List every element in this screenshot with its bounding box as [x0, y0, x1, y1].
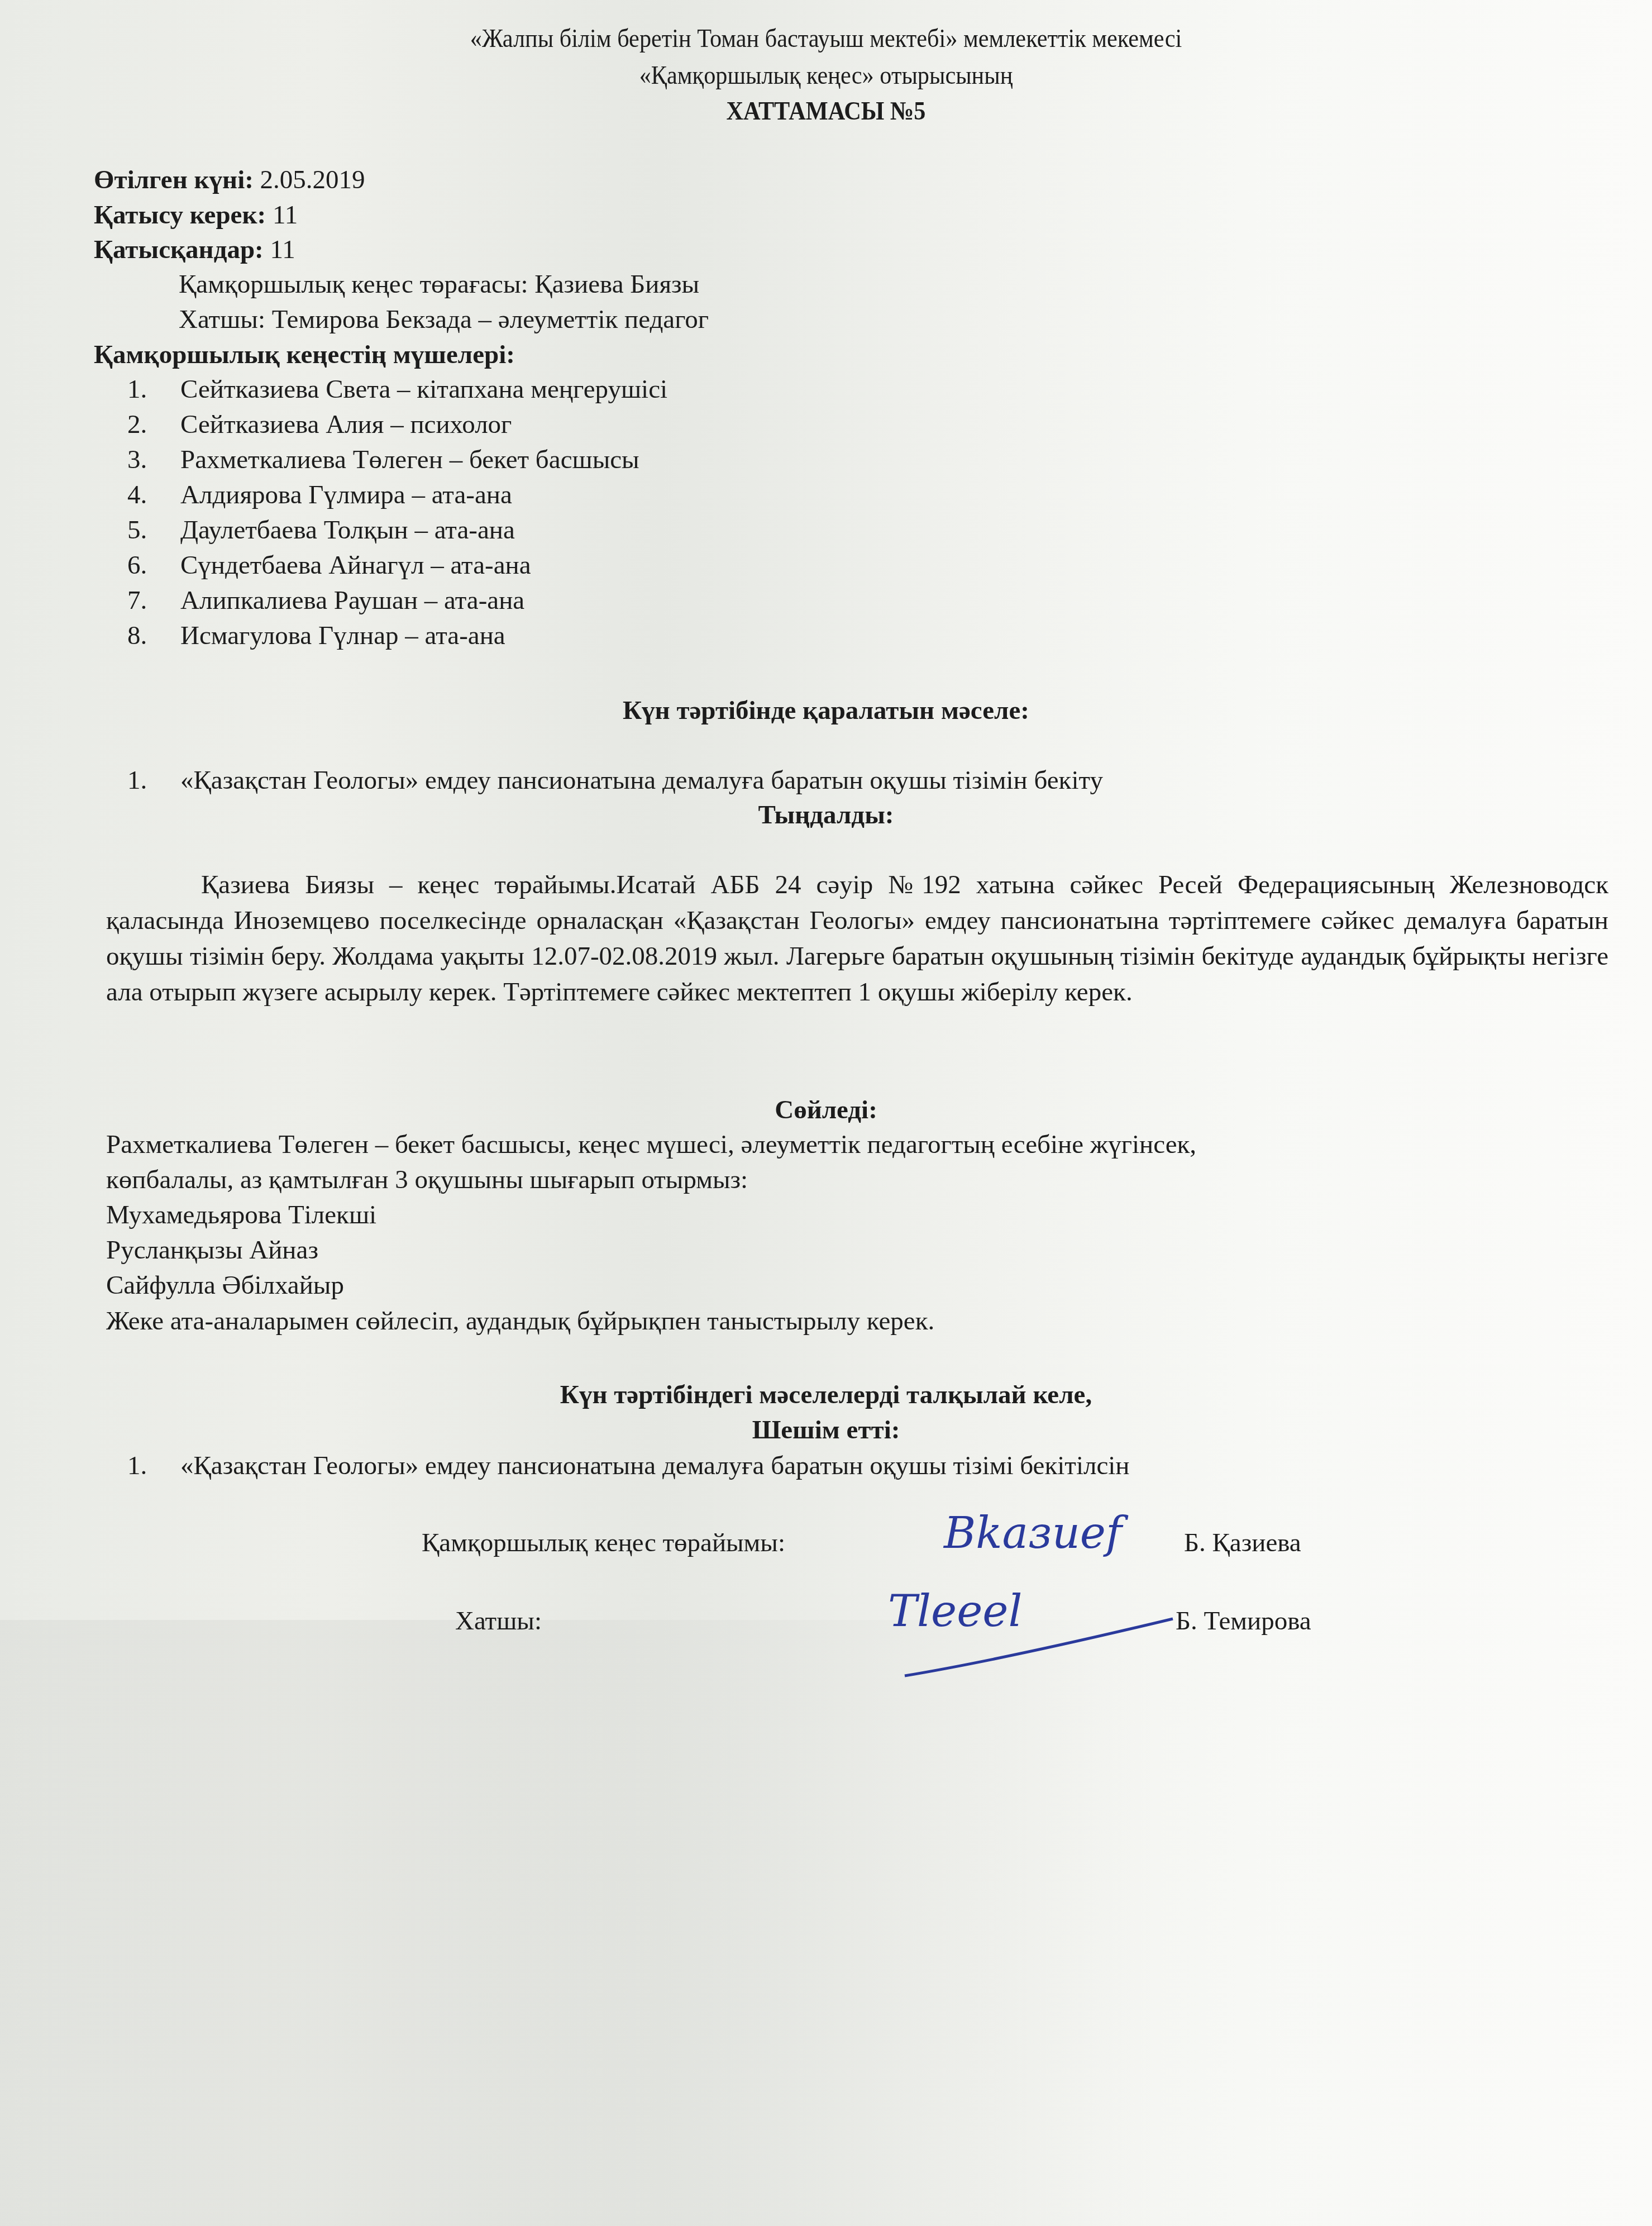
- meeting-date: Өтілген күні: 2.05.2019: [94, 165, 365, 195]
- member-text: Сүндетбаева Айнагүл – ата-ана: [180, 551, 531, 580]
- decision-item: 1.«Қазақстан Геологы» емдеу пансионатына…: [127, 1451, 1129, 1481]
- member-text: Даулетбаева Толқын – ата-ана: [180, 516, 515, 545]
- secretary-signature-label: Хатшы:: [455, 1606, 542, 1636]
- attended-count-value: 11: [270, 235, 295, 264]
- spoke-line-2: көпбалалы, аз қамтылған 3 оқушыны шығары…: [106, 1165, 748, 1195]
- chair-signature-label: Қамқоршылық кеңес төрайымы:: [422, 1528, 785, 1558]
- student-list-item: Сайфулла Әбілхайыр: [106, 1270, 344, 1300]
- attended-count-label: Қатысқандар:: [94, 235, 264, 264]
- member-number: 3.: [127, 445, 180, 475]
- member-number: 5.: [127, 515, 180, 545]
- required-attendance: Қатысу керек: 11: [94, 200, 298, 230]
- heard-heading: Тыңдалды:: [0, 800, 1652, 830]
- member-list-item: 2.Сейтказиева Алия – психолог: [127, 409, 512, 440]
- required-attendance-label: Қатысу керек:: [94, 201, 266, 230]
- decision-heading: Шешім етті:: [0, 1415, 1652, 1445]
- member-text: Алдиярова Гүлмира – ата-ана: [180, 480, 512, 509]
- meeting-date-value: 2.05.2019: [260, 165, 365, 194]
- decision-item-text: «Қазақстан Геологы» емдеу пансионатына д…: [180, 1451, 1129, 1480]
- secretary-name: Б. Темирова: [1176, 1606, 1311, 1636]
- agenda-item-number: 1.: [127, 765, 180, 795]
- member-list-item: 6.Сүндетбаева Айнагүл – ата-ана: [127, 550, 531, 580]
- heard-paragraph: Қазиева Биязы – кеңес төрайымы.Исатай АБ…: [106, 867, 1608, 1010]
- chair-signature: Bkaзuef: [944, 1508, 1122, 1558]
- member-list-item: 4.Алдиярова Гүлмира – ата-ана: [127, 480, 512, 510]
- member-list-item: 3.Рахметкалиева Төлеген – бекет басшысы: [127, 445, 639, 475]
- member-text: Сейтказиева Алия – психолог: [180, 410, 512, 439]
- member-number: 1.: [127, 374, 180, 404]
- member-text: Исмагулова Гүлнар – ата-ана: [180, 621, 505, 650]
- spoke-line-1: Рахметкалиева Төлеген – бекет басшысы, к…: [106, 1129, 1196, 1160]
- member-number: 2.: [127, 409, 180, 440]
- student-list-item: Мухамедьярова Тілекші: [106, 1200, 376, 1230]
- required-attendance-value: 11: [273, 201, 298, 230]
- member-number: 7.: [127, 585, 180, 616]
- member-list-item: 5.Даулетбаева Толқын – ата-ана: [127, 515, 515, 545]
- meeting-date-label: Өтілген күні:: [94, 165, 254, 194]
- document-title: ХАТТАМАСЫ №5: [83, 96, 1569, 126]
- decision-intro: Күн тәртібіндегі мәселелерді талқылай ке…: [0, 1380, 1652, 1410]
- spoke-heading: Сөйледі:: [0, 1095, 1652, 1125]
- council-chair: Қамқоршылық кеңес төрағасы: Қазиева Бияз…: [179, 269, 699, 299]
- member-number: 4.: [127, 480, 180, 510]
- protocol-document: «Жалпы білім беретін Томан бастауыш мект…: [0, 0, 1652, 2226]
- header-council: «Қамқоршылық кеңес» отырысының: [83, 60, 1569, 90]
- council-secretary: Хатшы: Темирова Бекзада – әлеуметтік пед…: [179, 304, 709, 335]
- signature-underline-stroke: [894, 1609, 1184, 1687]
- agenda-item: 1.«Қазақстан Геологы» емдеу пансионатына…: [127, 765, 1103, 795]
- chair-name: Б. Қазиева: [1184, 1528, 1301, 1558]
- decision-item-number: 1.: [127, 1451, 180, 1481]
- member-number: 8.: [127, 621, 180, 651]
- member-text: Рахметкалиева Төлеген – бекет басшысы: [180, 445, 639, 474]
- member-list-item: 7.Алипкалиева Раушан – ата-ана: [127, 585, 524, 616]
- header-organization: «Жалпы білім беретін Томан бастауыш мект…: [83, 23, 1569, 54]
- member-list-item: 1.Сейтказиева Света – кітапхана меңгеруш…: [127, 374, 667, 404]
- member-text: Алипкалиева Раушан – ата-ана: [180, 586, 524, 615]
- agenda-heading: Күн тәртібінде қаралатын мәселе:: [0, 695, 1652, 726]
- attended-count: Қатысқандар: 11: [94, 235, 295, 265]
- members-heading: Қамқоршылық кеңестің мүшелері:: [94, 340, 515, 370]
- member-list-item: 8.Исмагулова Гүлнар – ата-ана: [127, 621, 505, 651]
- spoke-closing: Жеке ата-аналарымен сөйлесіп, аудандық б…: [106, 1306, 934, 1336]
- member-number: 6.: [127, 550, 180, 580]
- student-list-item: Русланқызы Айназ: [106, 1235, 318, 1265]
- member-text: Сейтказиева Света – кітапхана меңгерушіс…: [180, 375, 667, 404]
- agenda-item-text: «Қазақстан Геологы» емдеу пансионатына д…: [180, 766, 1103, 795]
